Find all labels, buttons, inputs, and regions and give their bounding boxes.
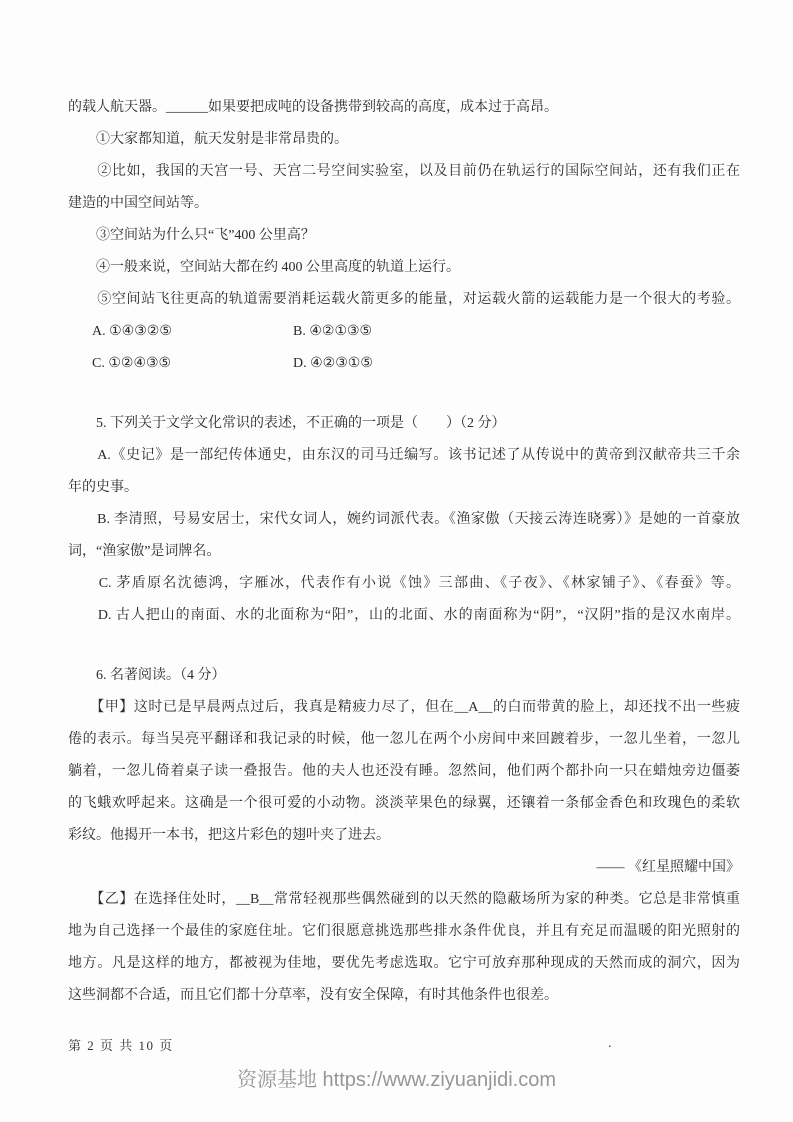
question-6-block: 6. 名著阅读。（4 分） 【甲】这时已是早晨两点过后，我真是精疲力尽了，但在_… [68,660,740,1012]
q4-options-row-2: C. ①②④③⑤D. ④②③①⑤ [92,348,740,380]
exam-paper-page: 的载人航天器。______如果要把成吨的设备携带到较高的高度，成本过于高昂。 ①… [0,0,793,1122]
q6-yi-text-line: 地方。凡是这样的地方，都被视为佳地，要优先考虑选取。它宁可放弃那种现成的天然而成… [68,948,740,980]
q6-passage-yi: 【乙】在选择住处时，__B__常常轻视那些偶然碰到的以天然的隐蔽场所为家的种类。… [68,884,740,1012]
q5-text-line: 词，“渔家傲”是词牌名。 [68,536,740,568]
q4-option-a: A. ①④③②⑤ [92,316,293,348]
q4-option-c: C. ①②④③⑤ [92,348,293,380]
q6-jia-text-line: 倦的表示。每当吴亮平翻译和我记录的时候，他一忽儿在两个小房间中来回踱着步，一忽儿… [68,724,740,756]
q5-text-line: C. 茅盾原名沈德鸿，字雁冰，代表作有小说《蚀》三部曲、《子夜》、《林家铺子》、… [68,568,740,600]
q5-text-line: A.《史记》是一部纪传体通史，由东汉的司马迁编写。该书记述了从传说中的黄帝到汉献… [68,440,740,472]
q5-text-line: B. 李清照，号易安居士，宋代女词人，婉约词派代表。《渔家傲（天接云涛连晓雾）》… [68,504,740,536]
q6-jia-text-line: 彩纹。他揭开一本书，把这片彩色的翅叶夹了进去。 [68,820,740,852]
page-number-label: 第 2 页 共 10 页 [68,1030,174,1062]
question-4-lines: 的载人航天器。______如果要把成吨的设备携带到较高的高度，成本过于高昂。 ①… [68,92,740,316]
q4-option-d: D. ④②③①⑤ [293,356,373,371]
q6-yi-text-line: 【乙】在选择住处时，__B__常常轻视那些偶然碰到的以天然的隐蔽场所为家的种类。… [68,884,740,916]
q6-stem: 6. 名著阅读。（4 分） [68,660,740,692]
q4-text-line: ⑤空间站飞往更高的轨道需要消耗运载火箭更多的能量，对运载火箭的运载能力是一个很大… [68,284,740,316]
q6-source-attribution: —— 《红星照耀中国》 [68,852,740,884]
site-watermark-text: 资源基地 https://www.ziyuanjidi.com [0,1062,793,1098]
q4-text-line: ②比如，我国的天宫一号、天宫二号空间实验室，以及目前仍在轨运行的国际空间站，还有… [68,156,740,188]
q5-text-line: D. 古人把山的南面、水的北面称为“阳”，山的北面、水的南面称为“阴”，“汉阴”… [68,600,740,632]
q5-text-line: 年的史事。 [68,472,740,504]
q6-jia-text-line: 的飞蛾欢呼起来。这确是一个很可爱的小动物。淡淡苹果色的绿翼，还镶着一条郁金香色和… [68,788,740,820]
question-5-lines: 5. 下列关于文学文化常识的表述，不正确的一项是（ ）（2 分） A.《史记》是… [68,408,740,632]
question-4-block: 的载人航天器。______如果要把成吨的设备携带到较高的高度，成本过于高昂。 ①… [68,92,740,380]
q4-options-row-1: A. ①④③②⑤B. ④②①③⑤ [92,316,740,348]
q5-text-line: 5. 下列关于文学文化常识的表述，不正确的一项是（ ）（2 分） [68,408,740,440]
q4-text-line: ④一般来说，空间站大都在约 400 公里高度的轨道上运行。 [68,252,740,284]
q4-text-line: ③空间站为什么只“飞”400 公里高？ [68,220,740,252]
q6-yi-text-line: 这些洞都不合适，而且它们都十分草率，没有安全保障，有时其他条件也很差。 [68,980,740,1012]
q6-jia-text-line: 【甲】这时已是早晨两点过后，我真是精疲力尽了，但在__A__的白而带黄的脸上，却… [68,692,740,724]
q4-option-b: B. ④②①③⑤ [293,324,372,339]
question-5-block: 5. 下列关于文学文化常识的表述，不正确的一项是（ ）（2 分） A.《史记》是… [68,408,740,632]
q6-jia-text-line: 躺着，一忽儿倚着桌子读一叠报告。他的夫人也还没有睡。忽然间，他们两个都扑向一只在… [68,756,740,788]
q6-passage-jia: 【甲】这时已是早晨两点过后，我真是精疲力尽了，但在__A__的白而带黄的脸上，却… [68,692,740,852]
stray-dot-mark: . [608,1034,612,1054]
q4-text-line: 建造的中国空间站等。 [68,188,740,220]
q4-text-line: 的载人航天器。______如果要把成吨的设备携带到较高的高度，成本过于高昂。 [68,92,740,124]
q6-yi-text-line: 地为自己选择一个最佳的家庭住址。它们很愿意挑选那些排水条件优良，并且有充足而温暖… [68,916,740,948]
document-content: 的载人航天器。______如果要把成吨的设备携带到较高的高度，成本过于高昂。 ①… [68,92,740,1012]
q4-text-line: ①大家都知道，航天发射是非常昂贵的。 [68,124,740,156]
